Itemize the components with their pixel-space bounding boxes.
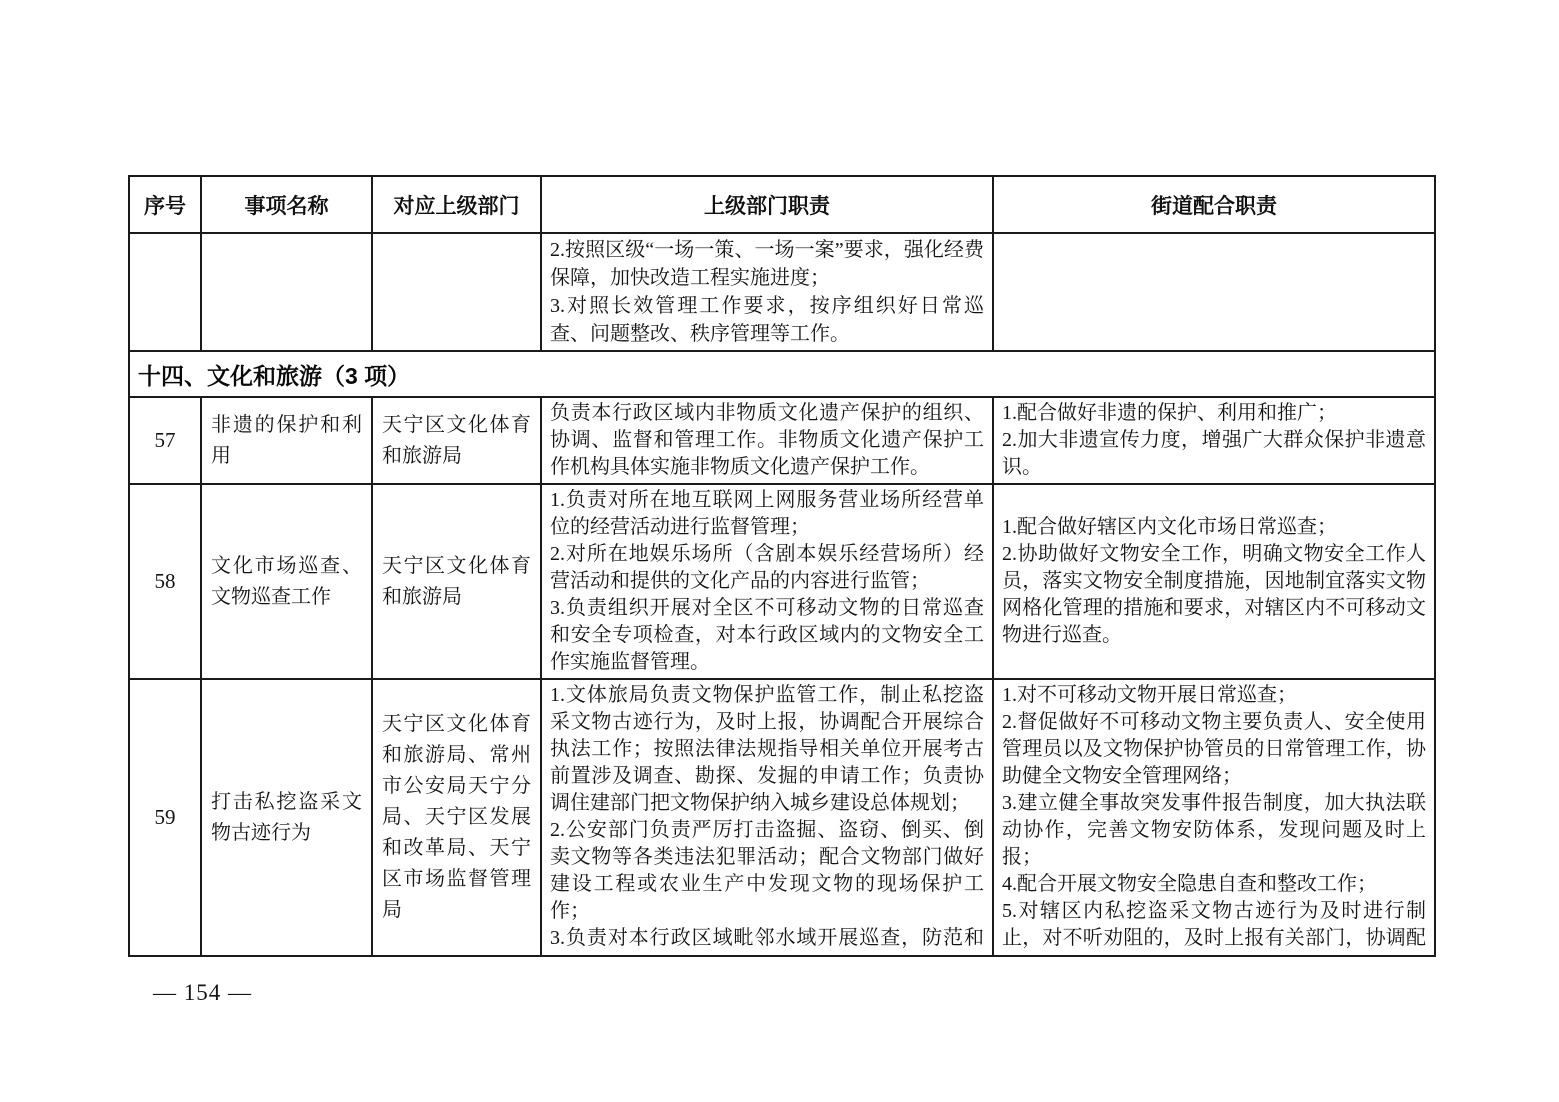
cell-superior-dept: 天宁区文化体育和旅游局 (372, 397, 541, 484)
col-header-item-name: 事项名称 (201, 176, 372, 233)
street-duty-text: 1.配合做好辖区内文化市场日常巡查； 2.协助做好文物安全工作，明确文物安全工作… (1002, 514, 1426, 649)
col-header-seq: 序号 (129, 176, 201, 233)
cell-superior-dept: 天宁区文化体育和旅游局 (372, 484, 541, 679)
col-header-superior-dept: 对应上级部门 (372, 176, 541, 233)
cell-superior-duty: 2.按照区级“一场一策、一场一案”要求，强化经费保障，加快改造工程实施进度； 3… (541, 233, 993, 351)
cell-seq: 58 (129, 484, 201, 679)
table-row: 57 非遗的保护和利用 天宁区文化体育和旅游局 负责本行政区域内非物质文化遗产保… (129, 397, 1435, 484)
document-page: 序号 事项名称 对应上级部门 上级部门职责 街道配合职责 2.按照区级“一场一策… (0, 0, 1559, 1102)
street-duty-text: 1.配合做好非遗的保护、利用和推广； 2.加大非遗宣传力度，增强广大群众保护非遗… (1002, 400, 1426, 481)
cell-street-duty: 1.对不可移动文物开展日常巡查； 2.督促做好不可移动文物主要负责人、安全使用管… (993, 679, 1435, 956)
col-header-superior-duty: 上级部门职责 (541, 176, 993, 233)
cell-street-duty: 1.配合做好辖区内文化市场日常巡查； 2.协助做好文物安全工作，明确文物安全工作… (993, 484, 1435, 679)
street-duty-text: 1.对不可移动文物开展日常巡查； 2.督促做好不可移动文物主要负责人、安全使用管… (1002, 682, 1426, 953)
cell-item-name-empty (201, 233, 372, 351)
table-header-row: 序号 事项名称 对应上级部门 上级部门职责 街道配合职责 (129, 176, 1435, 233)
page-number: — 154 — (153, 980, 252, 1006)
superior-duty-text: 2.按照区级“一场一策、一场一案”要求，强化经费保障，加快改造工程实施进度； 3… (550, 236, 984, 348)
cell-seq: 57 (129, 397, 201, 484)
col-header-street-duty: 街道配合职责 (993, 176, 1435, 233)
superior-duty-text: 1.文体旅局负责文物保护监管工作，制止私挖盗采文物古迹行为，及时上报，协调配合开… (550, 682, 984, 953)
cell-seq: 59 (129, 679, 201, 956)
responsibility-table: 序号 事项名称 对应上级部门 上级部门职责 街道配合职责 2.按照区级“一场一策… (128, 175, 1436, 957)
cell-superior-dept: 天宁区文化体育和旅游局、常州市公安局天宁分局、天宁区发展和改革局、天宁区市场监督… (372, 679, 541, 956)
cell-superior-duty: 1.负责对所在地互联网上网服务营业场所经营单位的经营活动进行监督管理； 2.对所… (541, 484, 993, 679)
section-header-row: 十四、文化和旅游（3 项） (129, 351, 1435, 397)
section-header-title: 十四、文化和旅游（3 项） (129, 351, 1435, 397)
table-row: 59 打击私挖盗采文物古迹行为 天宁区文化体育和旅游局、常州市公安局天宁分局、天… (129, 679, 1435, 956)
cell-superior-dept-empty (372, 233, 541, 351)
cell-item-name: 打击私挖盗采文物古迹行为 (201, 679, 372, 956)
table-row-continuation: 2.按照区级“一场一策、一场一案”要求，强化经费保障，加快改造工程实施进度； 3… (129, 233, 1435, 351)
cell-superior-duty: 负责本行政区域内非物质文化遗产保护的组织、协调、监督和管理工作。非物质文化遗产保… (541, 397, 993, 484)
superior-duty-text: 1.负责对所在地互联网上网服务营业场所经营单位的经营活动进行监督管理； 2.对所… (550, 487, 984, 676)
cell-seq-empty (129, 233, 201, 351)
cell-item-name: 文化市场巡查、文物巡查工作 (201, 484, 372, 679)
superior-duty-text: 负责本行政区域内非物质文化遗产保护的组织、协调、监督和管理工作。非物质文化遗产保… (550, 400, 984, 481)
cell-superior-duty: 1.文体旅局负责文物保护监管工作，制止私挖盗采文物古迹行为，及时上报，协调配合开… (541, 679, 993, 956)
cell-street-duty-empty (993, 233, 1435, 351)
cell-item-name: 非遗的保护和利用 (201, 397, 372, 484)
cell-street-duty: 1.配合做好非遗的保护、利用和推广； 2.加大非遗宣传力度，增强广大群众保护非遗… (993, 397, 1435, 484)
table-row: 58 文化市场巡查、文物巡查工作 天宁区文化体育和旅游局 1.负责对所在地互联网… (129, 484, 1435, 679)
